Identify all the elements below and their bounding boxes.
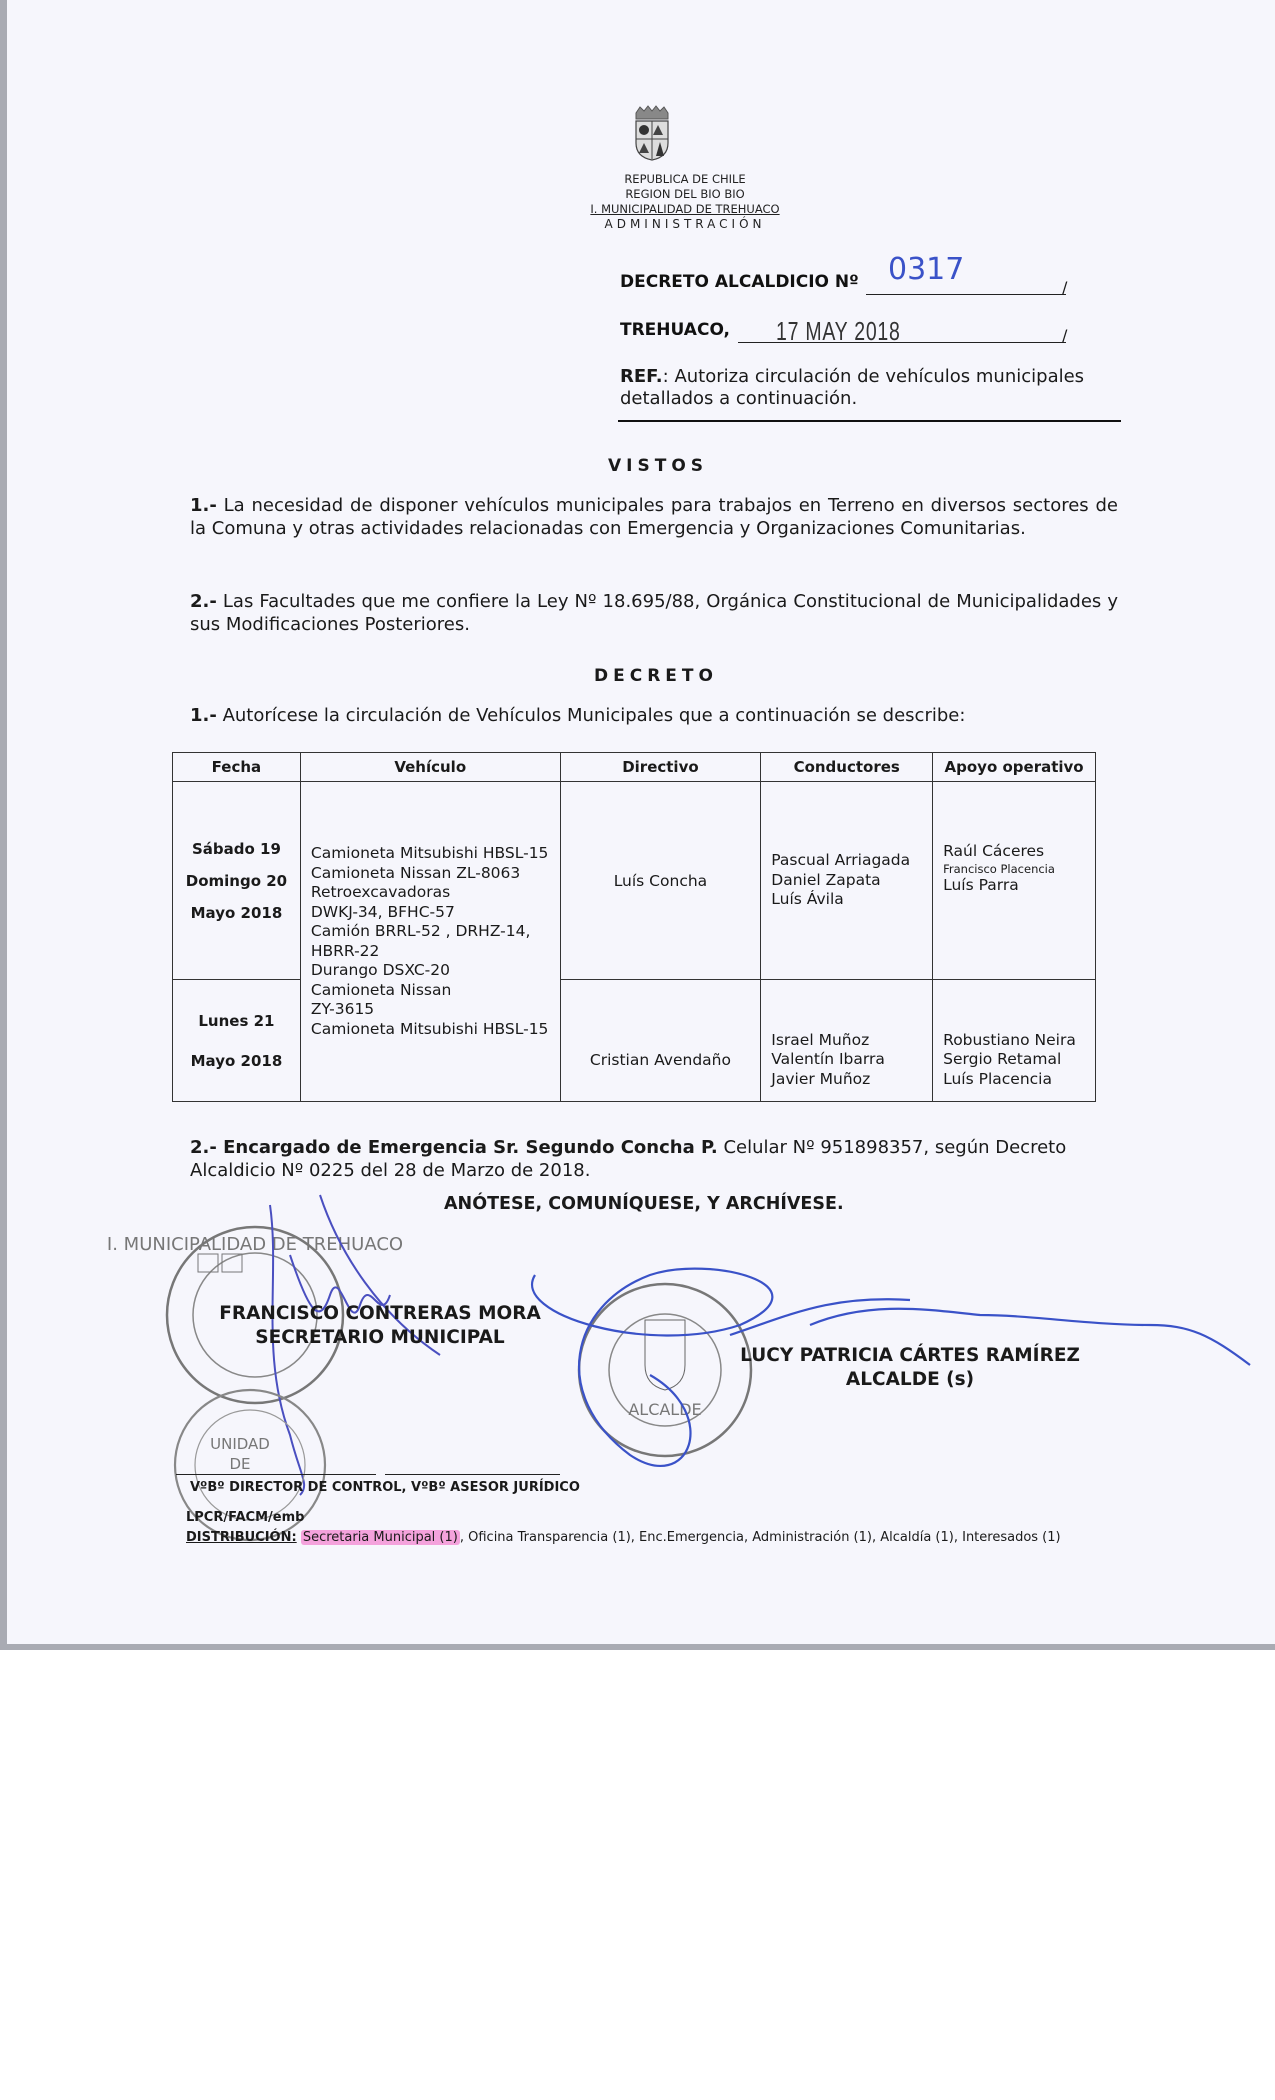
directivo-cell: Luís Concha bbox=[560, 782, 761, 980]
vehicle-item: HBRR-22 bbox=[311, 942, 559, 962]
place-label: TREHUACO, bbox=[620, 320, 730, 340]
alcalde-name-block: LUCY PATRICIA CÁRTES RAMÍREZ ALCALDE (s) bbox=[720, 1344, 1100, 1392]
support-name: Raúl Cáceres bbox=[943, 842, 1094, 862]
vehicle-item: Camioneta Mitsubishi HBSL-15 bbox=[311, 844, 559, 864]
letterhead-country: REPUBLICA DE CHILE bbox=[560, 172, 810, 187]
item-number: 1.- bbox=[190, 705, 217, 726]
vehicle-item: Camioneta Nissan bbox=[311, 981, 559, 1001]
stamp-line: UNIDAD bbox=[210, 1435, 270, 1453]
fecha-line: Mayo 2018 bbox=[174, 903, 299, 923]
header-fecha: Fecha bbox=[173, 753, 301, 782]
decreto-title: DECRETO bbox=[594, 666, 718, 686]
vehicle-item: Durango DSXC-20 bbox=[311, 961, 559, 981]
fecha-cell: Sábado 19 Domingo 20 Mayo 2018 bbox=[173, 782, 301, 980]
municipal-crest-icon bbox=[632, 105, 672, 161]
vehicle-item: ZY-3615 bbox=[311, 1000, 559, 1020]
decreto-item-1: 1.- Autorícese la circulación de Vehícul… bbox=[190, 704, 1118, 727]
header-vehiculo: Vehículo bbox=[300, 753, 560, 782]
fecha-line: Mayo 2018 bbox=[174, 1051, 299, 1071]
vehicle-item: DWKJ-34, BFHC-57 bbox=[311, 903, 559, 923]
stamp-line: DE bbox=[229, 1455, 250, 1473]
driver-name: Javier Muñoz bbox=[771, 1070, 931, 1090]
fecha-line: Sábado 19 bbox=[174, 839, 299, 859]
vistos-item-1: 1.- La necesidad de disponer vehículos m… bbox=[190, 494, 1118, 540]
secretary-title: SECRETARIO MUNICIPAL bbox=[190, 1326, 570, 1350]
decreto-item-2: 2.- Encargado de Emergencia Sr. Segundo … bbox=[190, 1136, 1118, 1182]
item-text: Autorícese la circulación de Vehículos M… bbox=[217, 705, 966, 726]
table-header-row: Fecha Vehículo Directivo Conductores Apo… bbox=[173, 753, 1096, 782]
fecha-cell: Lunes 21 Mayo 2018 bbox=[173, 980, 301, 1102]
support-name: Francisco Placencia bbox=[943, 862, 1094, 876]
vistos-item-2: 2.- Las Facultades que me confiere la Le… bbox=[190, 590, 1118, 636]
letterhead-department: ADMINISTRACIÓN bbox=[560, 217, 810, 232]
support-name: Luís Placencia bbox=[943, 1070, 1094, 1090]
header-apoyo: Apoyo operativo bbox=[933, 753, 1096, 782]
closing-formula: ANÓTESE, COMUNÍQUESE, Y ARCHÍVESE. bbox=[444, 1194, 844, 1214]
control-signature-line bbox=[176, 1474, 376, 1475]
date-stamp: 17 MAY 2018 bbox=[776, 316, 901, 347]
table-row: Sábado 19 Domingo 20 Mayo 2018 Camioneta… bbox=[173, 782, 1096, 980]
scan-edge bbox=[0, 0, 7, 1650]
support-name: Robustiano Neira bbox=[943, 1031, 1094, 1051]
item-text: Las Facultades que me confiere la Ley Nº… bbox=[190, 591, 1118, 635]
distribution-label: DISTRIBUCIÓN: bbox=[186, 1530, 297, 1545]
alcalde-title: ALCALDE (s) bbox=[720, 1368, 1100, 1392]
secretary-name: FRANCISCO CONTRERAS MORA bbox=[190, 1302, 570, 1326]
distribution-list: DISTRIBUCIÓN: Secretaria Municipal (1), … bbox=[186, 1530, 1061, 1545]
item-number: 2.- bbox=[190, 1137, 217, 1158]
item-number: 2.- bbox=[190, 591, 217, 612]
approval-caption: VºBº DIRECTOR DE CONTROL, VºBº ASESOR JU… bbox=[190, 1480, 580, 1495]
secretary-name-block: FRANCISCO CONTRERAS MORA SECRETARIO MUNI… bbox=[190, 1302, 570, 1350]
header-conductores: Conductores bbox=[761, 753, 933, 782]
legal-signature-line bbox=[385, 1474, 560, 1475]
driver-name: Luís Ávila bbox=[771, 890, 931, 910]
author-initials: LPCR/FACM/emb bbox=[186, 1510, 304, 1525]
slash: / bbox=[1062, 326, 1067, 345]
driver-name: Pascual Arriagada bbox=[771, 851, 931, 871]
highlighted-recipient: Secretaria Municipal (1) bbox=[301, 1530, 460, 1545]
vehicle-table: Fecha Vehículo Directivo Conductores Apo… bbox=[172, 752, 1096, 1102]
support-name: Luís Parra bbox=[943, 876, 1094, 896]
apoyo-cell: Robustiano Neira Sergio Retamal Luís Pla… bbox=[933, 980, 1096, 1102]
vehicle-item: Camión BRRL-52 , DRHZ-14, bbox=[311, 922, 559, 942]
item-number: 1.- bbox=[190, 495, 217, 516]
alcalde-name: LUCY PATRICIA CÁRTES RAMÍREZ bbox=[720, 1344, 1100, 1368]
support-name: Sergio Retamal bbox=[943, 1050, 1094, 1070]
conductores-cell: Israel Muñoz Valentín Ibarra Javier Muño… bbox=[761, 980, 933, 1102]
vehicle-item: Camioneta Mitsubishi HBSL-15 bbox=[311, 1020, 559, 1040]
fecha-line: Lunes 21 bbox=[174, 1011, 299, 1031]
letterhead-municipality: I. MUNICIPALIDAD DE TREHUACO bbox=[560, 202, 810, 217]
slash: / bbox=[1062, 278, 1067, 297]
directivo-cell: Cristian Avendaño bbox=[560, 980, 761, 1102]
header-directivo: Directivo bbox=[560, 753, 761, 782]
letterhead-region: REGION DEL BIO BIO bbox=[560, 187, 810, 202]
conductores-cell: Pascual Arriagada Daniel Zapata Luís Ávi… bbox=[761, 782, 933, 980]
vehicle-item: Camioneta Nissan ZL-8063 bbox=[311, 864, 559, 884]
fecha-line: Domingo 20 bbox=[174, 871, 299, 891]
decree-number-label: DECRETO ALCALDICIO Nº bbox=[620, 272, 859, 292]
apoyo-cell: Raúl Cáceres Francisco Placencia Luís Pa… bbox=[933, 782, 1096, 980]
item-bold-text: Encargado de Emergencia Sr. Segundo Conc… bbox=[217, 1137, 718, 1158]
item-text: La necesidad de disponer vehículos munic… bbox=[190, 495, 1118, 539]
ref-label: REF. bbox=[620, 366, 663, 387]
scanned-page: REPUBLICA DE CHILE REGION DEL BIO BIO I.… bbox=[0, 0, 1275, 1650]
driver-name: Valentín Ibarra bbox=[771, 1050, 931, 1070]
decree-number-line bbox=[866, 294, 1066, 295]
decree-number-handwritten: 0317 bbox=[888, 252, 964, 287]
ref-text: : Autoriza circulación de vehículos muni… bbox=[620, 366, 1084, 409]
driver-name: Israel Muñoz bbox=[771, 1031, 931, 1051]
reference: REF.: Autoriza circulación de vehículos … bbox=[620, 366, 1120, 410]
distribution-recipients: , Oficina Transparencia (1), Enc.Emergen… bbox=[460, 1530, 1061, 1545]
driver-name: Daniel Zapata bbox=[771, 871, 931, 891]
ref-divider bbox=[618, 420, 1121, 422]
vehicle-list-cell: Camioneta Mitsubishi HBSL-15 Camioneta N… bbox=[300, 782, 560, 1102]
vistos-title: VISTOS bbox=[608, 456, 708, 476]
vehicle-item: Retroexcavadoras bbox=[311, 883, 559, 903]
